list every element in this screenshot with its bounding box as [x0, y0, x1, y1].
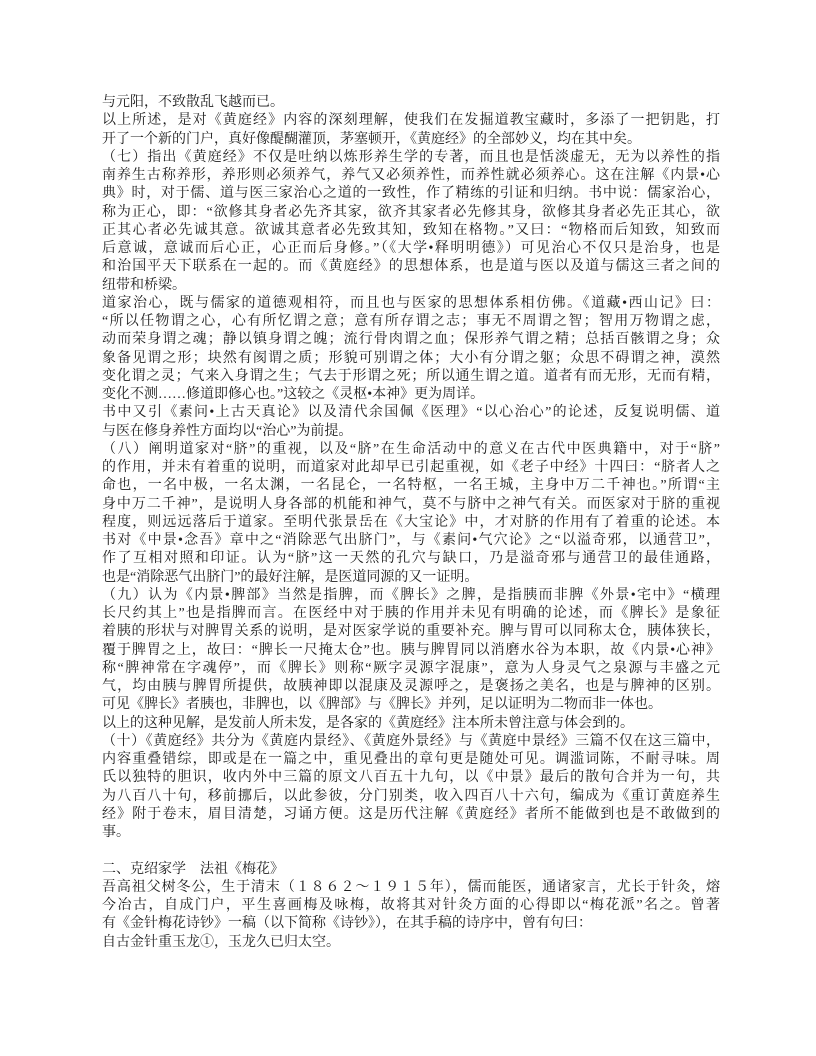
section-heading: 二、克绍家学 法祖《梅花》: [102, 861, 720, 879]
text-line: 可见《脾长》者胰也，非脾也，以《脾部》与《脾长》并列，足以证明为二物而非一体也。: [102, 696, 720, 714]
text-line: 为八百八十句，移前挪后，以此参彼，分门别类，收入四百八十六句，编成为《重订黄庭养…: [102, 788, 720, 806]
text-line: （九）认为《内景•脾部》当然是指脾，而《脾长》之脾，是指胰而非脾《外景•宅中》“…: [102, 587, 720, 605]
text-line: 开了一个新的门户，真好像醍醐灌顶，茅塞顿开，《黄庭经》的全部妙义，均在其中矣。: [102, 131, 720, 149]
text-line: 着胰的形状与对脾胃关系的说明，是对医家学说的重要补充。脾与胃可以同称太仓，胰体狭…: [102, 623, 720, 641]
text-line: 变化谓之灵；气来入身谓之生；气去于形谓之死；所以通生谓之道。道者有而无形，无而有…: [102, 368, 720, 386]
text-line: 事。: [102, 824, 720, 842]
text-line: 以上的这种见解，是发前人所未发，是各家的《黄庭经》注本所未曾注意与体会到的。: [102, 715, 720, 733]
text-line: 纽带和桥梁。: [102, 277, 720, 295]
text-line: 氏以独特的胆识，收内外中三篇的原文八百五十九句，以《中景》最后的散句合并为一句，…: [102, 769, 720, 787]
text-line: 今冶古，自成门户，平生喜画梅及咏梅，故将其对针灸方面的心得即以“梅花派”名之。曾…: [102, 897, 720, 915]
text-line: 命也，一名中极，一名太渊，一名昆仑，一名特枢，一名王城，主身中万二千神也。”所谓…: [102, 477, 720, 495]
document-page: 与元阳，不致散乱飞越而已。以上所述，是对《黄庭经》内容的深刻理解，使我们在发掘道…: [0, 0, 816, 1056]
text-line: “所以任物谓之心，心有所忆谓之意；意有所存谓之志；事无不周谓之智；智用万物谓之虑…: [102, 313, 720, 331]
text-line: （八）阐明道家对“脐”的重视，以及“脐”在生命活动中的意义在古代中医典籍中，对于…: [102, 441, 720, 459]
text-line: 和治国平天下联系在一起的。而《黄庭经》的思想体系，也是道与医以及道与儒这三者之间…: [102, 258, 720, 276]
text-line: 典》时，对于儒、道与医三家治心之道的一致性，作了精练的引证和归纳。书中说：儒家治…: [102, 185, 720, 203]
text-line: 南养生古称养形，养形则必须养气，养气又必须养性，而养性就必须养心。这在注解《内景…: [102, 167, 720, 185]
text-line: 气，均由胰与脾胃所提供，故胰神即以混康及灵源呼之，是褒扬之美名，也是与脾神的区别…: [102, 678, 720, 696]
text-line: 的作用，并未有着重的说明，而道家对此却早已引起重视，如《老子中经》十四曰：“脐者…: [102, 459, 720, 477]
text-line: 象备见谓之形；块然有阂谓之质；形貌可别谓之体；大小有分谓之躯；众思不碍谓之神，漠…: [102, 350, 720, 368]
text-line: 与医在修身养性方面均以“治心”为前提。: [102, 423, 720, 441]
text-line: 作了互相对照和印证。认为“脐”这一天然的孔穴与缺口，乃是溢奇邪与通营卫的最佳通路…: [102, 550, 720, 568]
text-line: 经》附于卷末，眉目清楚，习诵方便。这是历代注解《黄庭经》者所不能做到也是不敢做到…: [102, 806, 720, 824]
text-line: 覆于脾胃之上，故曰：“脾长一尺掩太仓”也。胰与脾胃同以消磨水谷为本职，故《内景•…: [102, 642, 720, 660]
text-line: 变化不测……修道即修心也。”这较之《灵枢•本神》更为周详。: [102, 386, 720, 404]
blank-line: [102, 842, 720, 860]
text-line: 长尺约其上”也是指脾而言。在医经中对于胰的作用并未见有明确的论述，而《脾长》是象…: [102, 605, 720, 623]
text-line: 以上所述，是对《黄庭经》内容的深刻理解，使我们在发掘道教宝藏时，多添了一把钥匙，…: [102, 112, 720, 130]
text-line: 身中万二千神”，是说明人身各部的机能和神气，莫不与脐中之神气有关。而医家对于脐的…: [102, 496, 720, 514]
text-line: 称“脾神常在字魂停”，而《脾长》则称“厥字灵源字混康”，意为人身灵气之泉源与丰盛…: [102, 660, 720, 678]
text-line: 有《金针梅花诗钞》一稿（以下简称《诗钞》），在其手稿的诗序中，曾有句曰：: [102, 915, 720, 933]
text-line: 书中又引《素问•上古天真论》以及清代余国佩《医理》“以心治心”的论述，反复说明儒…: [102, 404, 720, 422]
text-line: 动而荣身谓之魂；静以镇身谓之魄；流行骨肉谓之血；保形养气谓之精；总括百骸谓之身；…: [102, 331, 720, 349]
text-line: 自古金针重玉龙①，玉龙久已归太空。: [102, 934, 720, 952]
text-line: 道家治心，既与儒家的道德观相符，而且也与医家的思想体系相仿佛。《道藏•西山记》曰…: [102, 295, 720, 313]
text-line: 称为正心，即：“欲修其身者必先齐其家，欲齐其家者必先修其身，欲修其身者必先正其心…: [102, 204, 720, 222]
text-line: （七）指出《黄庭经》不仅是吐纳以炼形养生学的专著，而且也是恬淡虚无，无为以养性的…: [102, 149, 720, 167]
text-line: 内容重叠错综，即或是在一篇之中，重见叠出的章句更是随处可见。调滥词陈，不耐寻味。…: [102, 751, 720, 769]
text-line: 程度，则远远落后于道家。至明代张景岳在《大宝论》中，才对脐的作用有了着重的论述。…: [102, 514, 720, 532]
text-line: 也是“消除恶气出脐门”的最好注解，是医道同源的又一证明。: [102, 569, 720, 587]
text-line: 后意诚，意诚而后心正，心正而后身修。”（《大学•释明明德》）可见治心不仅只是治身…: [102, 240, 720, 258]
text-line: 正其心者必先诚其意。欲诚其意者必先致其知，致知在格物。”又曰：“物格而后知致，知…: [102, 222, 720, 240]
text-line: 书对《中景•念吾》章中之“消除恶气出脐门”，与《素问•气穴论》之“以溢奇邪，以通…: [102, 532, 720, 550]
document-body: 与元阳，不致散乱飞越而已。以上所述，是对《黄庭经》内容的深刻理解，使我们在发掘道…: [102, 94, 720, 952]
text-line: 吾高祖父树冬公，生于清末（１８６２～１９１５年），儒而能医，通诸家言，尤长于针灸…: [102, 879, 720, 897]
text-line: （十）《黄庭经》共分为《黄庭内景经》、《黄庭外景经》与《黄庭中景经》三篇不仅在这…: [102, 733, 720, 751]
text-line: 与元阳，不致散乱飞越而已。: [102, 94, 720, 112]
